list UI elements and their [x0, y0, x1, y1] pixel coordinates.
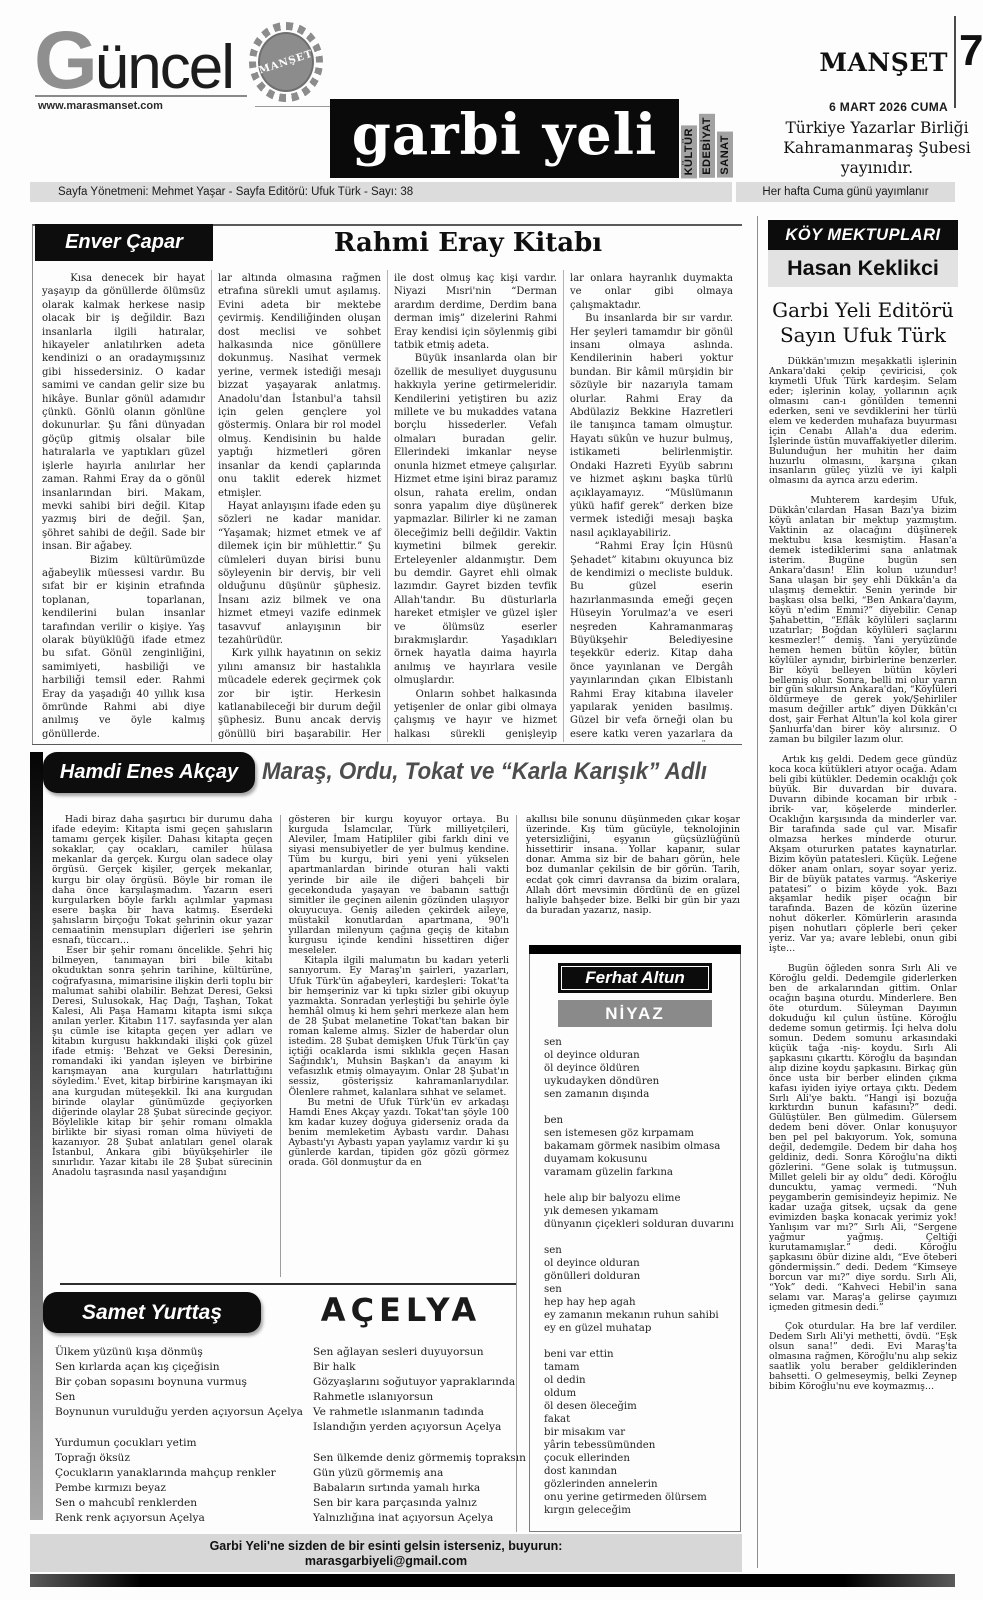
contact-invitation: Garbi Yeli'ne sizden de bir esinti gelsi…: [30, 1539, 742, 1554]
roman-article-body-left: Hadi biraz daha şaşırtıcı bir durumu dah…: [48, 815, 516, 1277]
website-url: www.marasmanset.com: [38, 100, 163, 112]
bottom-bar: [30, 1574, 955, 1587]
decorative-side-bar: [30, 752, 43, 1520]
section-rule: [32, 744, 742, 745]
publication-frequency: Her hafta Cuma günü yayımlanır: [736, 182, 955, 202]
column-divider: [757, 216, 758, 1568]
article-column-4: lar onlara hayranlık duymakta ve onlar g…: [564, 270, 739, 742]
paper-brand: MANŞET: [810, 48, 948, 77]
section-rule: [60, 1283, 516, 1285]
contact-banner: Garbi Yeli'ne sizden de bir esinti gelsi…: [30, 1534, 742, 1572]
guncel-logo: Güncel: [34, 14, 233, 108]
article-rahmi-eray: Enver Çapar Rahmi Eray Kitabı Kısa denec…: [32, 224, 742, 744]
logo-letter-g: G: [34, 15, 95, 106]
page-staff-info: Sayfa Yönetmeni: Mehmet Yaşar - Sayfa Ed…: [30, 182, 732, 202]
contact-email: marasgarbiyeli@gmail.com: [30, 1554, 742, 1569]
manset-stamp-icon: MANŞET: [243, 18, 325, 108]
poem-box-top-bar: [529, 945, 741, 954]
newspaper-page: Güncel www.marasmanset.com MANŞET garbi …: [0, 0, 983, 1600]
roman-column-2: gösteren bir kurgu koyuyor ortaya. Bu ku…: [280, 815, 517, 1277]
author-badge-hasan-keklikci: Hasan Keklikci: [768, 250, 958, 287]
author-badge-enver-capar: Enver Çapar: [35, 224, 213, 261]
logo-rule: [35, 95, 247, 97]
article-column-3: ile dost olmuş kaç kişi vardır. Niyazi M…: [388, 270, 564, 742]
poem-text-niyaz: sen ol deyince olduran öl deyince öldüre…: [530, 1027, 740, 1517]
poem-title-niyaz: NİYAZ: [558, 1000, 712, 1027]
tag-kultur: KÜLTÜR: [681, 125, 697, 178]
roman-column-1: Hadi biraz daha şaşırtıcı bir durumu dah…: [48, 815, 280, 1277]
stamp-text: MANŞET: [258, 48, 315, 76]
letter-title-line1: Garbi Yeli Editörü: [768, 298, 958, 323]
roman-article-title: Maraş, Ordu, Tokat ve “Karla Karışık” Ad…: [262, 758, 710, 786]
author-badge-hamdi-enes-akcay: Hamdi Enes Akçay: [43, 752, 255, 793]
supplement-tags: KÜLTÜR EDEBİYAT SANAT: [681, 99, 733, 178]
poem-acelya-body: Ülkem yüzünü kışa dönmüş Sen kırlarda aç…: [55, 1345, 517, 1526]
article-body: Kısa denecek bir hayat yaşayıp da gönüll…: [36, 270, 739, 742]
letter-title: Garbi Yeli Editörü Sayın Ufuk Türk: [768, 298, 958, 348]
tag-edebiyat: EDEBİYAT: [699, 114, 715, 178]
column-kicker: KÖY MEKTUPLARI: [768, 220, 958, 250]
brand-divider: [954, 16, 956, 108]
page-number: 7: [959, 26, 983, 76]
koy-mektuplari-column: KÖY MEKTUPLARI Hasan Keklikci Garbi Yeli…: [768, 220, 958, 1571]
article-title: Rahmi Eray Kitabı: [333, 228, 603, 258]
logo-text: üncel: [95, 33, 233, 102]
acelya-column-2: Sen ağlayan sesleri duyuyorsun Bir halk …: [313, 1345, 517, 1526]
poet-badge-samet-yurttas: Samet Yurttaş: [43, 1292, 261, 1333]
poet-badge-ferhat-altun: Ferhat Altun: [558, 963, 712, 993]
poem-title-acelya: AÇELYA: [285, 1291, 517, 1329]
publisher-note: Türkiye Yazarlar Birliği Kahramanmaraş Ş…: [778, 118, 976, 178]
roman-column-3: akıllısı bile sonunu düşünmeden çıkar ko…: [517, 815, 742, 941]
letter-body: Dükkân'ımızın meşakkatli işlerinin Ankar…: [768, 357, 958, 1571]
roman-article-body-right: akıllısı bile sonunu düşünmeden çıkar ko…: [516, 815, 742, 1532]
article-column-1: Kısa denecek bir hayat yaşayıp da gönüll…: [36, 270, 212, 742]
supplement-title: garbi yeli: [330, 99, 679, 178]
tag-sanat: SANAT: [717, 132, 733, 178]
edition-date: 6 MART 2026 CUMA: [800, 100, 948, 114]
letter-title-line2: Sayın Ufuk Türk: [768, 323, 958, 348]
acelya-column-1: Ülkem yüzünü kışa dönmüş Sen kırlarda aç…: [55, 1345, 313, 1526]
stamp-seal-icon: MANŞET: [256, 30, 316, 94]
poem-box-niyaz: Ferhat Altun NİYAZ sen ol deyince oldura…: [529, 945, 741, 1532]
article-column-2: lar altında olmasına rağmen etrafına sür…: [212, 270, 388, 742]
